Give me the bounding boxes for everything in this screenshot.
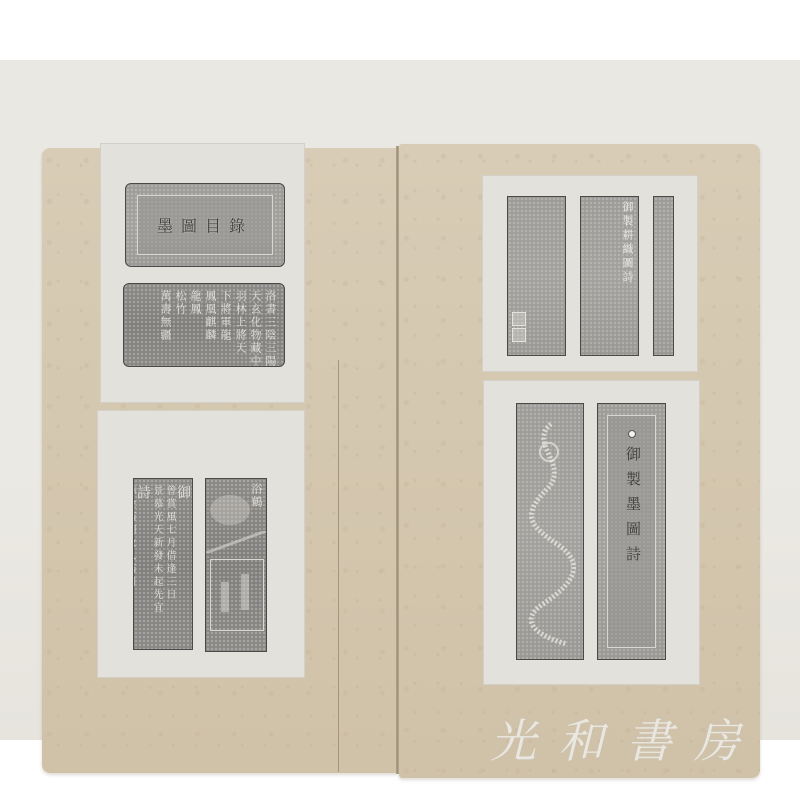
right-lower-mount: 御製墨圖詩 [483,380,700,685]
text-column: 洛書三陰三陽 [264,290,276,367]
text-column: 景慕光天新發未起先宜 [151,485,162,615]
photo-background: 墨圖目錄 洛書三陰三陽 天玄化物藏中 羽林上將天 下將軍龍 鳳凰麒麟 龍鳳 松竹… [0,60,800,740]
text-column: 添金滿明汝入滿川 [133,485,135,615]
rubbing-title: 御製耕織圖詩 [619,201,635,285]
narrow-strip-rubbing [653,196,674,356]
text-column: 御 [177,485,189,615]
text-column: 萬壽無疆 [159,290,171,367]
text-column: 下將軍龍 [219,290,231,367]
imperial-poem-title: 御製墨圖詩 [623,446,644,571]
dragon-rubbing [516,403,584,660]
text-column: 羽林上將天 [234,290,246,367]
catalog-columns: 洛書三陰三陽 天玄化物藏中 羽林上將天 下將軍龍 鳳凰麒麟 龍鳳 松竹 萬壽無疆 [159,290,276,367]
dragon-motif-icon [517,404,584,660]
dense-text-rubbing-2: 御製耕織圖詩 [580,196,639,356]
seal-mark [512,328,526,342]
pavilion-scene [210,559,264,631]
poem-columns: 御 曾賞風七月借逢三日 景慕光天新發未起先宜 詩 添金滿明汝入滿川 [133,485,189,615]
text-column: 天玄化物藏中 [249,290,261,367]
catalog-title-text: 墨圖目錄 [126,214,284,237]
seal-mark [512,312,526,326]
tree-foliage-shape [210,495,250,525]
poem-rubbing: 御 曾賞風七月借逢三日 景慕光天新發未起先宜 詩 添金滿明汝入滿川 [133,478,193,650]
dense-text-rubbing-1 [507,196,566,356]
catalog-text-rubbing: 洛書三陰三陽 天玄化物藏中 羽林上將天 下將軍龍 鳳凰麒麟 龍鳳 松竹 萬壽無疆 [123,283,285,367]
hole-mark [628,430,636,438]
bathing-crane-picture-rubbing: 浴鶴 [205,478,267,652]
catalog-title-rubbing: 墨圖目錄 [125,183,285,267]
text-column: 曾賞風七月借逢三日 [164,485,175,615]
text-column: 松竹 [174,290,186,367]
imperial-poem-title-rubbing: 御製墨圖詩 [597,403,666,660]
right-upper-mount: 御製耕織圖詩 [482,175,698,372]
text-column: 詩 [137,485,149,615]
figure-shape [221,582,229,612]
text-column: 鳳凰麒麟 [204,290,216,367]
picture-caption: 浴鶴 [250,483,262,509]
text-column: 龍鳳 [189,290,201,367]
left-lower-mount: 御 曾賞風七月借逢三日 景慕光天新發未起先宜 詩 添金滿明汝入滿川 浴鶴 [97,410,305,678]
figure-shape [241,574,249,610]
left-upper-mount: 墨圖目錄 洛書三陰三陽 天玄化物藏中 羽林上將天 下將軍龍 鳳凰麒麟 龍鳳 松竹… [100,143,305,403]
watermark: 光和書房 [490,705,762,771]
roof-shape [206,531,267,553]
page-crease [338,360,339,772]
